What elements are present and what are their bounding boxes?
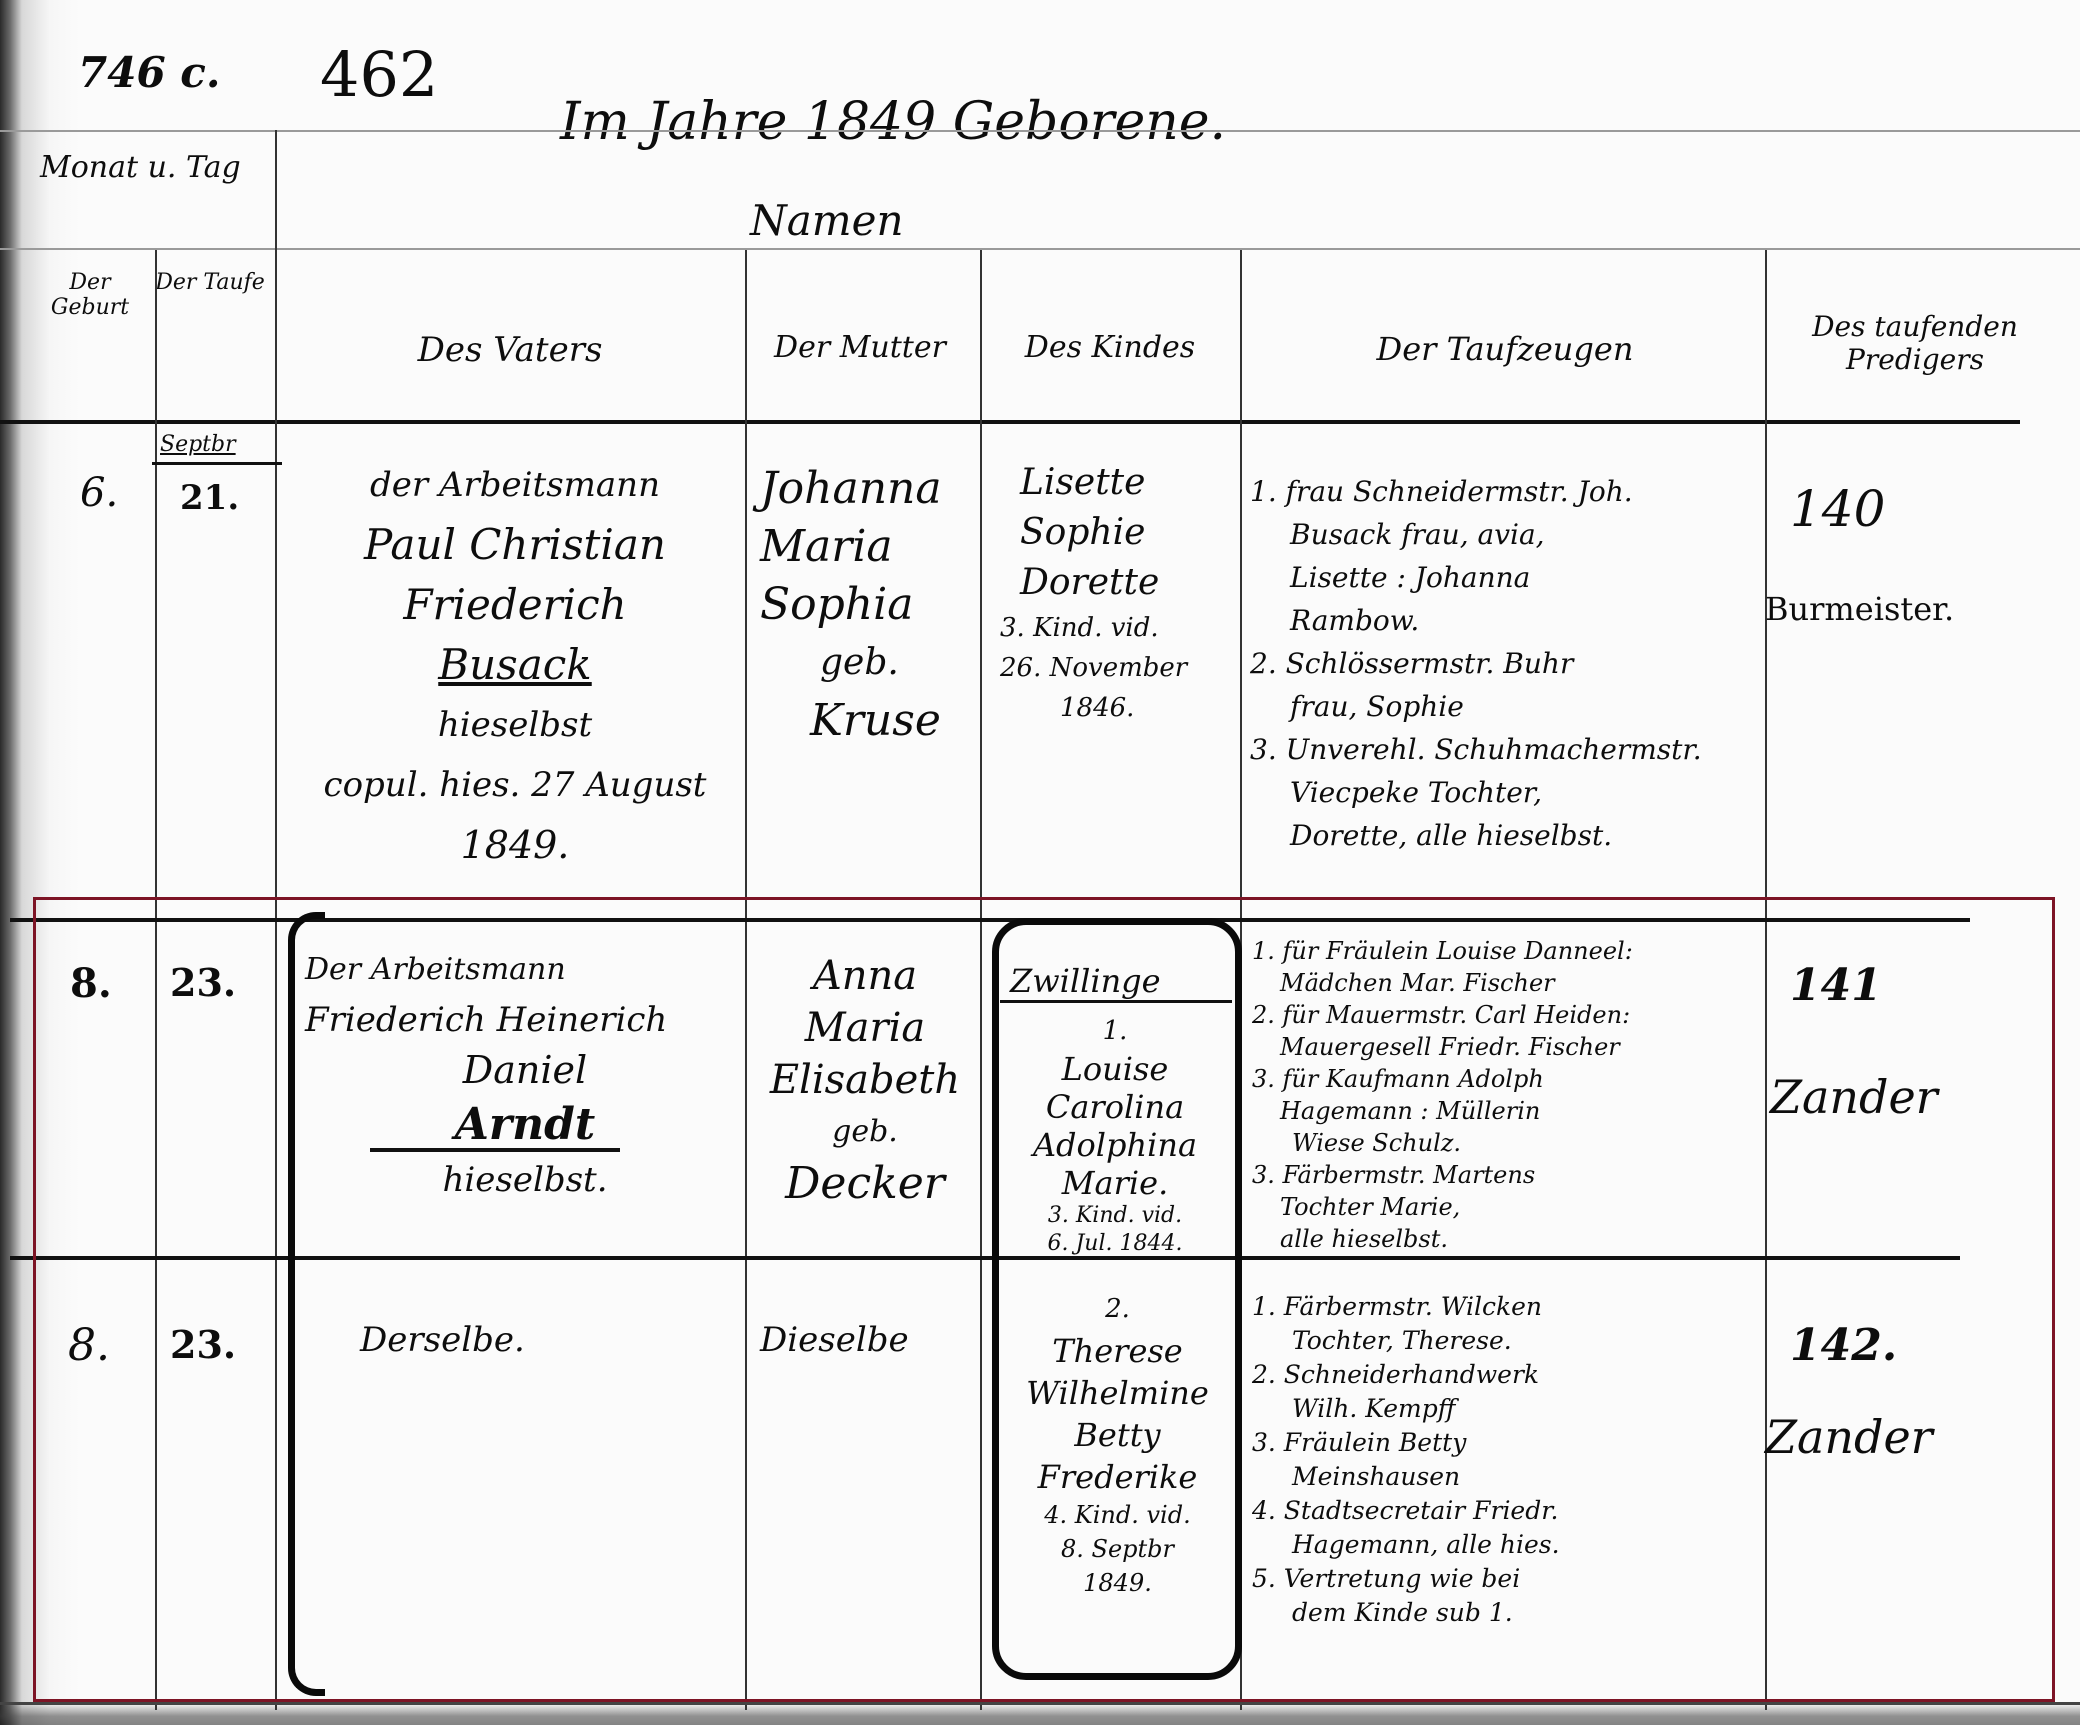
column-header-pastor: Des taufenden Predigers (1770, 310, 2060, 376)
baptism-day: 21. (180, 478, 239, 518)
highlight-box (33, 897, 2055, 1702)
page-edge-shadow (0, 1703, 2080, 1725)
father-cell: der Arbeitsmann Paul Christian Friederic… (285, 455, 745, 875)
column-header-baptism: Der Taufe (155, 270, 265, 295)
register-page-scan: 746 c. 462 Im Jahre 1849 Geborene. Monat… (0, 0, 2080, 1725)
column-header-mother: Der Mutter (745, 330, 975, 365)
reference-number: 746 c. (78, 48, 221, 97)
column-group-month-day: Monat u. Tag (40, 150, 240, 185)
header-rule-mid (0, 248, 2080, 250)
column-group-names: Namen (750, 196, 904, 245)
godparents-cell: 1. frau Schneidermstr. Joh. Busack frau,… (1250, 470, 1770, 857)
page-title: Im Jahre 1849 Geborene. (560, 92, 1226, 152)
mother-cell: Johanna Maria Sophia geb. Kruse (760, 460, 980, 750)
record-number: 140 (1790, 480, 1885, 538)
column-header-godparents: Der Taufzeugen (1245, 330, 1765, 368)
month-label: Septbr (160, 432, 236, 457)
column-header-child: Des Kindes (985, 330, 1235, 365)
month-underline (152, 462, 282, 465)
page-number: 462 (320, 38, 438, 111)
column-header-father: Des Vaters (280, 330, 740, 370)
child-cell: Lisette Sophie Dorette 3. Kind. vid. 26.… (1000, 458, 1240, 728)
birth-day: 6. (80, 470, 118, 516)
header-rule-top (0, 130, 2080, 132)
pastor-name: Burmeister. (1765, 590, 1954, 628)
header-bottom-rule (0, 420, 2020, 424)
column-header-birth: Der Geburt (30, 270, 150, 320)
